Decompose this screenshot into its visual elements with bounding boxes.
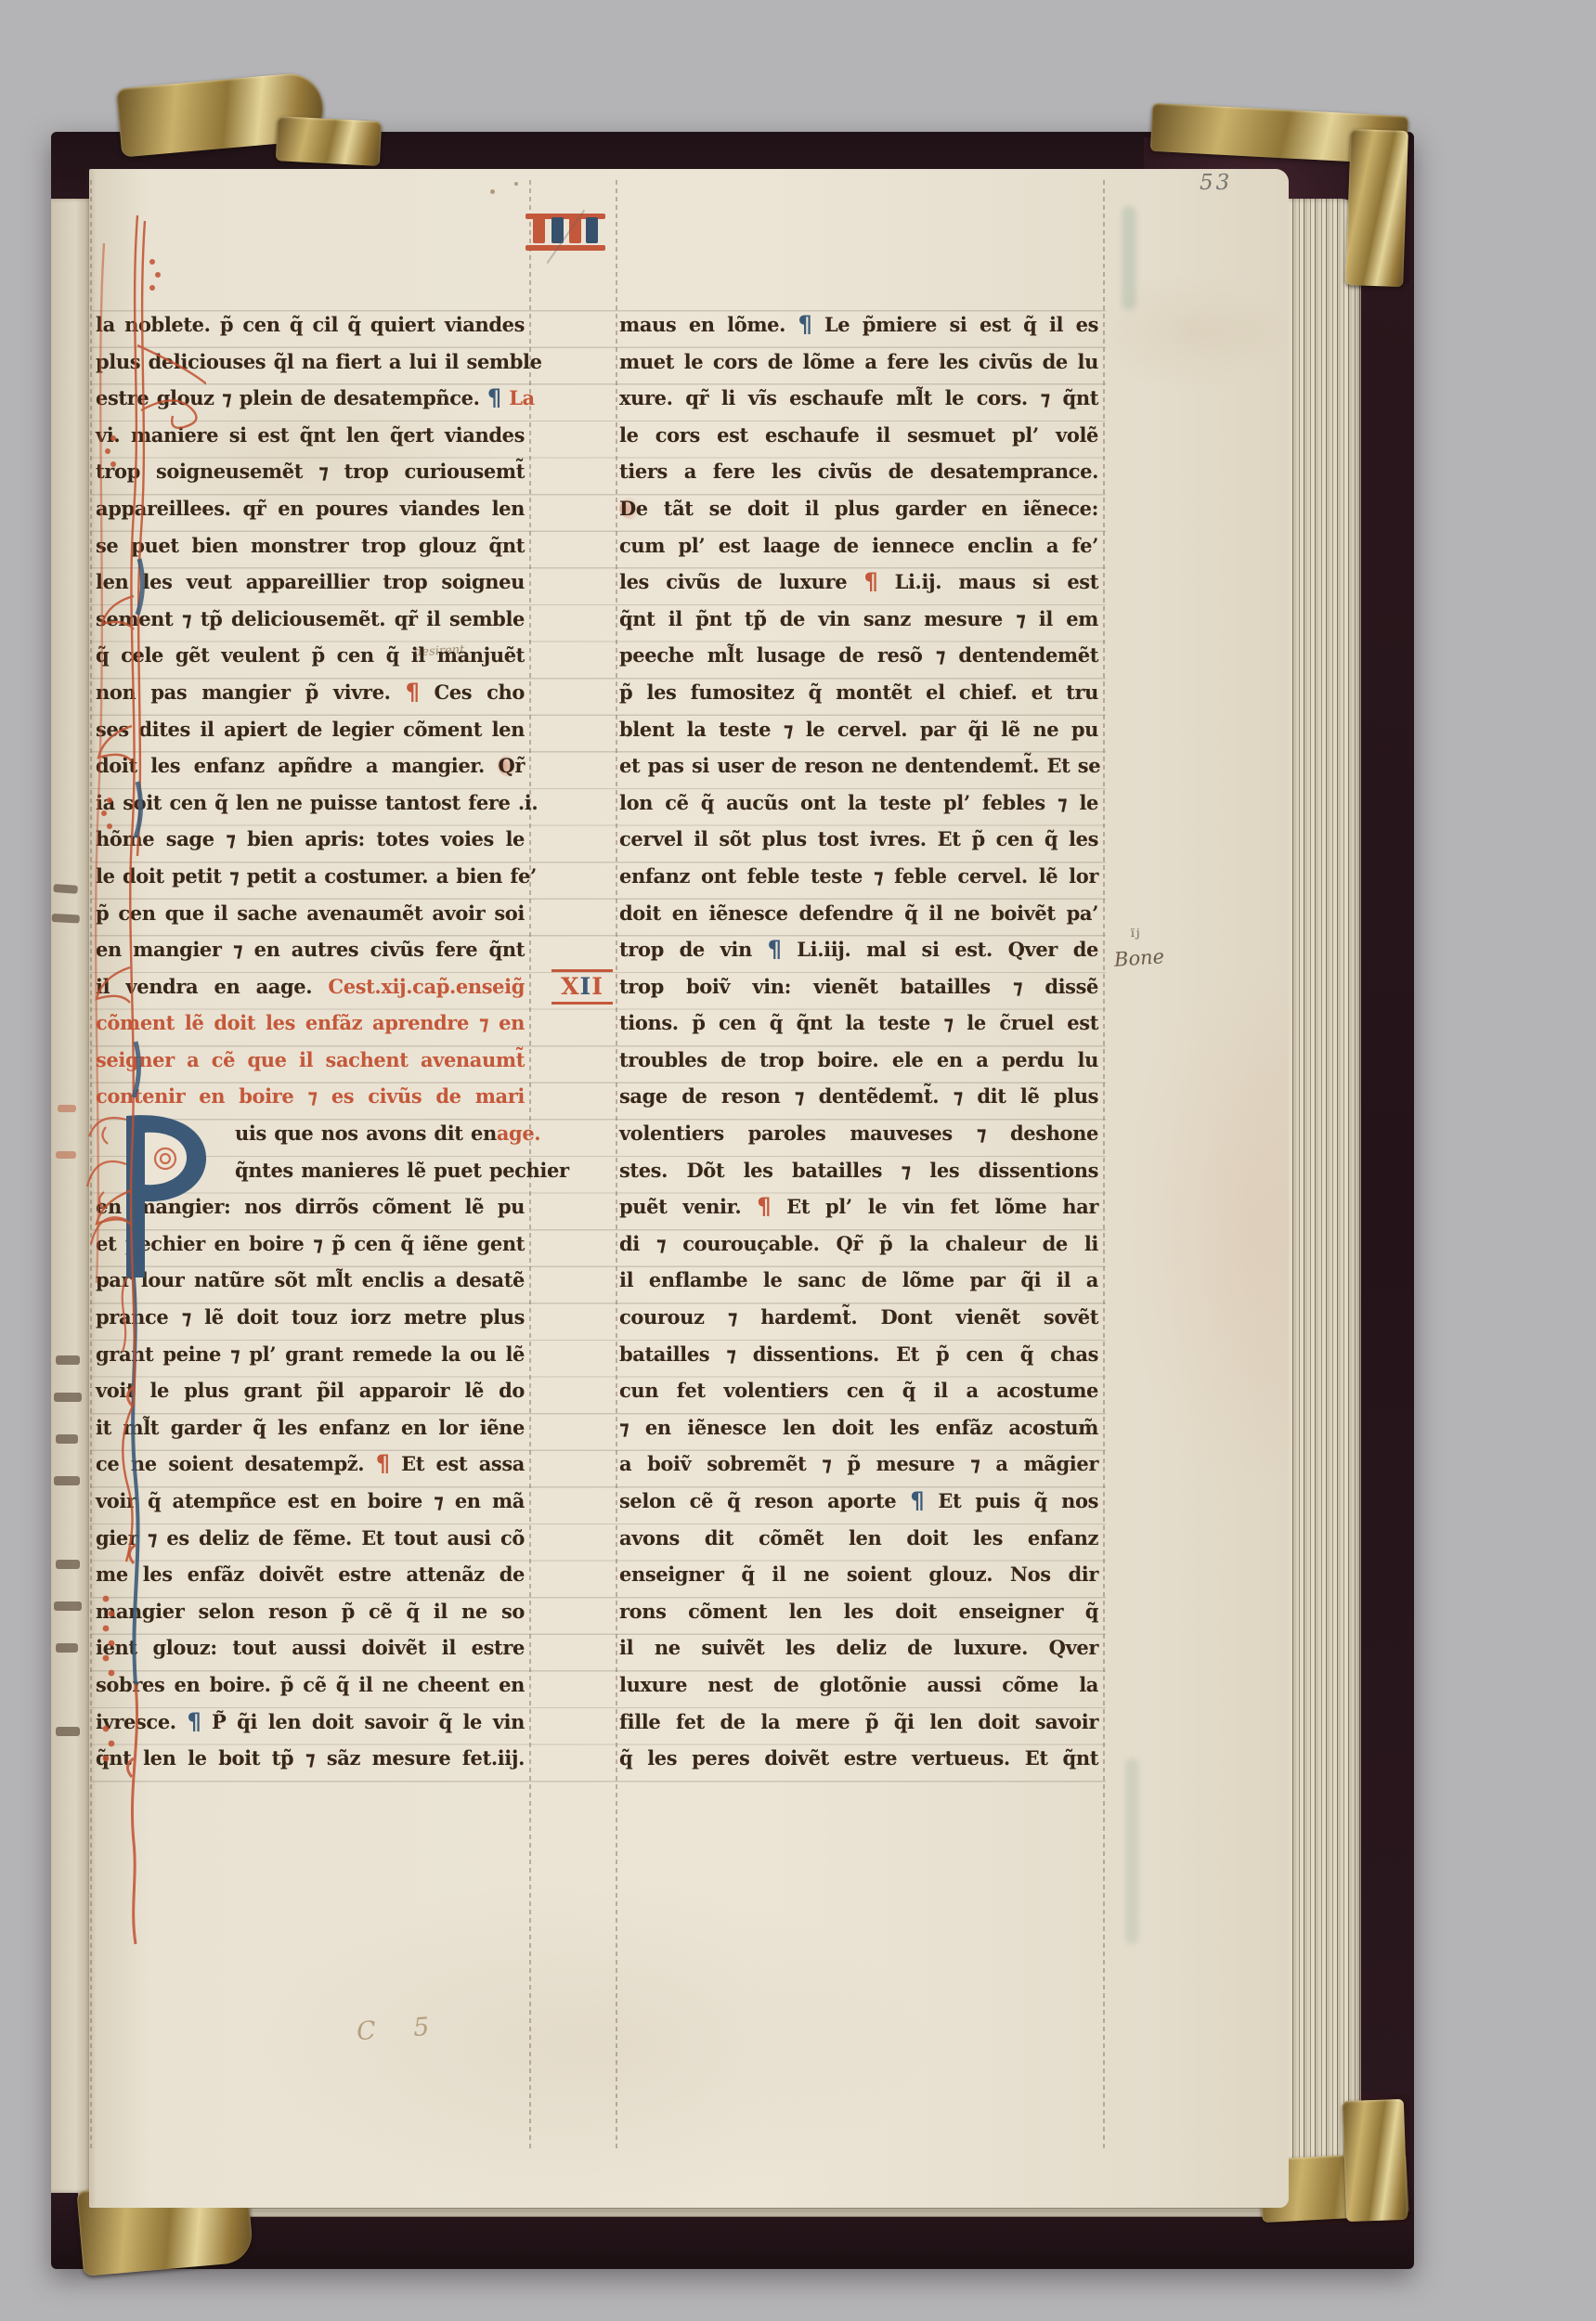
text-line: batailles ⁊ dissentions. Et p̃ cen q̃ ch…	[619, 1336, 1098, 1373]
chapter-numeral-char: I	[591, 973, 603, 1000]
text-line: di ⁊ courouçable. Qr̃ p̃ la chaleur de l…	[619, 1225, 1098, 1263]
paraph-mark: ¶	[910, 1482, 924, 1521]
text-line: stes. Dõt les batailles ⁊ les dissention…	[619, 1152, 1098, 1189]
text-line: a boiṽ sobremẽt ⁊ p̃ mesure ⁊ a mãgier	[619, 1446, 1098, 1483]
text-line: tiers a fere les civũs de desatemprance.	[619, 453, 1098, 490]
text-segment: les civũs de luxure	[619, 570, 863, 593]
text-segment: age.	[497, 1115, 540, 1152]
manuscript-page: 53 ïj Bone C 5 desirent XII la noblete. …	[89, 169, 1289, 2208]
text-segment: enseigner q̃ il ne soient glouz. Nos dir	[619, 1562, 1098, 1586]
text-segment: avons dit cõmẽt len doit les enfanz	[619, 1526, 1098, 1549]
text-segment: batailles ⁊ dissentions. Et p̃ cen q̃ ch…	[619, 1342, 1098, 1366]
text-line: muet le cors de lõme a fere les civũs de…	[619, 344, 1098, 381]
text-segment: Cest.xij.cap̃.enseig̃	[328, 975, 525, 998]
manuscript-photo: { "meta": { "folio_number": "53", "heade…	[0, 0, 1596, 2321]
text-segment: le cors est eschaufe il sesmuet pl’ volẽ	[619, 423, 1098, 447]
text-segment: Li.ij. maus si est	[877, 570, 1098, 593]
text-segment: cum pl’ est laage de iennece enclin a fe…	[619, 534, 1098, 557]
margin-note-mark: ïj	[1131, 927, 1142, 940]
text-line: De tãt se doit il plus garder en iẽnece:	[619, 490, 1098, 527]
gold-corner-top-right-vertical	[1345, 129, 1408, 287]
text-segment: tãt se doit il plus garder en iẽnece:	[648, 497, 1098, 520]
text-line: trop de vin ¶ Li.iij. mal si est. Qver d…	[619, 931, 1098, 968]
chapter-numeral-char: X	[561, 973, 579, 1000]
text-line: cervel il sõt plus tost ivres. Et p̃ cen…	[619, 821, 1098, 858]
text-segment: muet le cors de lõme a fere les civũs de…	[619, 350, 1098, 373]
ink-speck	[490, 189, 495, 194]
text-segment: troubles de trop boire. ele en a perdu l…	[619, 1048, 1098, 1071]
text-line: doit en iẽnesce defendre q̃ il ne boivẽt…	[619, 895, 1098, 932]
text-segment: il enflambe le sanc de lõme par q̃i il a	[619, 1268, 1098, 1291]
text-segment: sage de reson ⁊ dentẽdemt̃. ⁊ dit lẽ plu…	[619, 1084, 1098, 1108]
text-line: les civũs de luxure ¶ Li.ij. maus si est	[619, 564, 1098, 601]
text-line: peeche ml̃t lusage de resõ ⁊ dentendemẽt	[619, 637, 1098, 674]
text-line: puẽt venir. ¶ Et pl’ le vin fet lõme har	[619, 1188, 1098, 1225]
text-line: il ne suivẽt les deliz de luxure. Qver	[619, 1629, 1098, 1666]
text-line: maus en lõme. ¶ Le p̃miere si est q̃ il …	[619, 306, 1098, 344]
text-segment: q̃ les peres doivẽt estre vertueus. Et q…	[619, 1746, 1098, 1770]
text-line: tions. p̃ cen q̃ q̃nt la teste ⁊ le c̃ru…	[619, 1005, 1098, 1042]
text-segment: ⁊ en iẽnesce len doit les enfãz acostum̃	[619, 1416, 1098, 1439]
text-segment: a boiṽ sobremẽt ⁊ p̃ mesure ⁊ a mãgier	[619, 1452, 1098, 1475]
gold-clasp-top-left-tab	[276, 116, 382, 166]
green-stain-top	[1122, 206, 1136, 310]
text-line: luxure nest de glotõnie aussi cõme la	[619, 1666, 1098, 1704]
text-segment: courouz ⁊ hardemt̃. Dont vienẽt sovẽt	[619, 1305, 1098, 1329]
text-segment: Qr̃	[498, 754, 525, 777]
paraph-mark: ¶	[376, 1445, 390, 1484]
text-segment: lon cẽ q̃ aucũs ont la teste pl’ febles …	[619, 791, 1098, 814]
text-segment: q̃ntes manieres lẽ puet pechier	[235, 1159, 569, 1182]
numeral-stroke-1	[533, 217, 545, 243]
text-segment: cun fet volentiers cen q̃ il a acostume	[619, 1379, 1098, 1402]
text-line: xure. qr̃ li vĩs eschaufe ml̃t le cors. …	[619, 380, 1098, 417]
paraph-mark: ¶	[757, 1187, 771, 1226]
text-line: enfanz ont feble teste ⁊ feble cervel. l…	[619, 858, 1098, 895]
text-segment: cervel il sõt plus tost ivres. Et p̃ cen…	[619, 827, 1098, 850]
text-segment: volentiers paroles mauveses ⁊ deshone	[619, 1122, 1098, 1145]
vertical-rule-gutter-right	[616, 180, 617, 2148]
text-segment: et pas si user de reson ne dentendemt̃. …	[619, 754, 1100, 777]
text-line: trop boiṽ vin: vienẽt batailles ⁊ dissẽ	[619, 968, 1098, 1005]
paraph-mark: ¶	[487, 379, 501, 418]
paraph-mark: ¶	[406, 673, 420, 712]
text-line: troubles de trop boire. ele en a perdu l…	[619, 1042, 1098, 1079]
text-segment: enfanz ont feble teste ⁊ feble cervel. l…	[619, 864, 1098, 888]
text-segment: trop de vin	[619, 938, 768, 961]
chapter-numeral-char: I	[580, 973, 592, 1000]
text-segment: trop boiṽ vin: vienẽt batailles ⁊ dissẽ	[619, 975, 1098, 998]
text-line: il enflambe le sanc de lõme par q̃i il a	[619, 1262, 1098, 1299]
text-segment: fille fet de la mere p̃ q̃i len doit sav…	[619, 1710, 1098, 1733]
paraph-mark: ¶	[863, 563, 877, 602]
text-segment: xure. qr̃ li vĩs eschaufe ml̃t le cors. …	[619, 386, 1098, 409]
text-line: volentiers paroles mauveses ⁊ deshone	[619, 1115, 1098, 1152]
text-line: courouz ⁊ hardemt̃. Dont vienẽt sovẽt	[619, 1299, 1098, 1336]
text-segment: doit en iẽnesce defendre q̃ il ne boivẽt…	[619, 901, 1098, 925]
text-line: cum pl’ est laage de iennece enclin a fe…	[619, 527, 1098, 564]
text-segment: stes. Dõt les batailles ⁊ les dissention…	[619, 1159, 1098, 1182]
pencil-signature-mark: C 5	[356, 2012, 445, 2047]
text-segment: uis que nos avons dit en	[235, 1115, 497, 1152]
text-segment: peeche ml̃t lusage de resõ ⁊ dentendemẽt	[619, 643, 1098, 667]
text-segment: Li.iij. mal si est. Qver de	[782, 938, 1098, 961]
text-line: enseigner q̃ il ne soient glouz. Nos dir	[619, 1556, 1098, 1593]
paraph-mark: ¶	[768, 930, 782, 969]
text-segment: selon cẽ q̃ reson aporte	[619, 1489, 910, 1512]
fore-edge-page-stack	[1285, 199, 1361, 2213]
margin-note-bone: Bone	[1113, 945, 1165, 971]
text-segment: P̃ q̃i len doit savoir q̃ le vin	[201, 1710, 525, 1733]
text-segment: rons cõment len les doit enseigner q̃	[619, 1600, 1098, 1623]
text-segment: De	[619, 497, 648, 520]
text-segment: Et est assa	[390, 1452, 525, 1475]
text-segment: di ⁊ courouçable. Qr̃ p̃ la chaleur de l…	[619, 1232, 1098, 1255]
text-segment: Le p̃miere si est q̃ il es	[811, 313, 1098, 336]
text-segment: Et pl’ le vin fet lõme har	[771, 1195, 1098, 1218]
text-line: lon cẽ q̃ aucũs ont la teste pl’ febles …	[619, 784, 1098, 822]
text-line: q̃ les peres doivẽt estre vertueus. Et q…	[619, 1740, 1098, 1777]
text-line: q̃nt il p̃nt tp̃ de vin sanz mesure ⁊ il…	[619, 601, 1098, 638]
gold-corner-bottom-right-vertical	[1343, 2099, 1408, 2222]
text-segment: Ces cho	[419, 681, 525, 704]
vertical-rule-right	[1103, 180, 1105, 2148]
text-line: cun fet volentiers cen q̃ il a acostume	[619, 1372, 1098, 1409]
text-line: le cors est eschaufe il sesmuet pl’ volẽ	[619, 417, 1098, 454]
text-line: et pas si user de reson ne dentendemt̃. …	[619, 747, 1098, 784]
text-line: sage de reson ⁊ dentẽdemt̃. ⁊ dit lẽ plu…	[619, 1078, 1098, 1115]
text-line: p̃ les fumositez q̃ montẽt el chief. et …	[619, 674, 1098, 711]
text-segment: blent la teste ⁊ le cervel. par q̃i lẽ n…	[619, 718, 1098, 741]
text-segment: tiers a fere les civũs de desatemprance.	[619, 460, 1098, 483]
folio-number: 53	[1200, 171, 1232, 195]
facing-page-text-fragments	[0, 0, 93, 2321]
text-segment: Et puis q̃ nos	[924, 1489, 1098, 1512]
green-stain-bottom	[1125, 1758, 1138, 1944]
text-segment: La	[501, 386, 535, 409]
text-line: avons dit cõmẽt len doit les enfanz	[619, 1520, 1098, 1557]
text-column-right: maus en lõme. ¶ Le p̃miere si est q̃ il …	[619, 306, 1098, 1777]
chapter-numeral-xii: XII	[551, 969, 613, 1005]
ink-speck	[514, 182, 518, 186]
text-segment: luxure nest de glotõnie aussi cõme la	[619, 1673, 1098, 1696]
text-segment: maus en lõme.	[619, 313, 798, 336]
text-line: blent la teste ⁊ le cervel. par q̃i lẽ n…	[619, 711, 1098, 748]
text-line: fille fet de la mere p̃ q̃i len doit sav…	[619, 1704, 1098, 1741]
text-segment: p̃ les fumositez q̃ montẽt el chief. et …	[619, 681, 1098, 704]
paraph-mark: ¶	[798, 305, 812, 344]
text-line: selon cẽ q̃ reson aporte ¶ Et puis q̃ no…	[619, 1483, 1098, 1520]
text-segment: il ne suivẽt les deliz de luxure. Qver	[619, 1636, 1098, 1659]
text-line: rons cõment len les doit enseigner q̃	[619, 1593, 1098, 1630]
text-line: ⁊ en iẽnesce len doit les enfãz acostum̃	[619, 1409, 1098, 1446]
text-segment: q̃nt il p̃nt tp̃ de vin sanz mesure ⁊ il…	[619, 607, 1098, 630]
text-segment: puẽt venir.	[619, 1195, 757, 1218]
text-segment: tions. p̃ cen q̃ q̃nt la teste ⁊ le c̃ru…	[619, 1011, 1098, 1034]
